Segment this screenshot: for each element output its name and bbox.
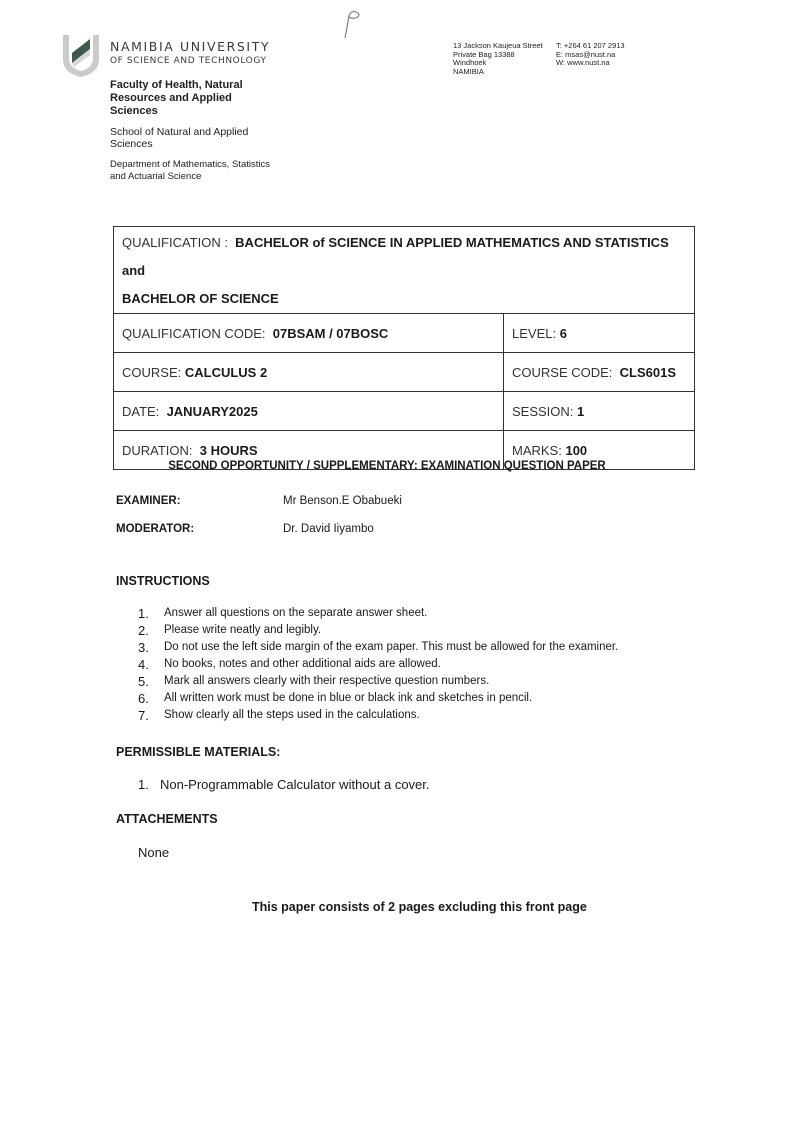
course-label: COURSE: <box>122 365 181 380</box>
session-cell: SESSION: 1 <box>504 392 695 431</box>
qualification-cell: QUALIFICATION : BACHELOR of SCIENCE IN A… <box>114 227 695 314</box>
item-text: Please write neatly and legibly. <box>164 622 321 639</box>
examiner-label: EXAMINER: <box>116 495 181 507</box>
item-number: 5. <box>138 673 164 690</box>
marks-value: 100 <box>565 443 587 458</box>
instruction-item: 3.Do not use the left side margin of the… <box>138 639 618 656</box>
moderator-value: Dr. David Iiyambo <box>283 523 374 535</box>
duration-label: DURATION: <box>122 443 193 458</box>
instruction-item: 6.All written work must be done in blue … <box>138 690 618 707</box>
handwritten-mark-icon <box>340 8 364 40</box>
instruction-item: 1.Answer all questions on the separate a… <box>138 605 618 622</box>
item-text: Answer all questions on the separate ans… <box>164 605 427 622</box>
duration-value: 3 HOURS <box>200 443 258 458</box>
level-value: 6 <box>560 326 567 341</box>
qualification-row: QUALIFICATION : BACHELOR of SCIENCE IN A… <box>114 227 695 314</box>
postal-address: 13 Jackson Kaujeua Street Private Bag 13… <box>453 42 543 76</box>
qualification-label: QUALIFICATION : <box>122 235 228 250</box>
item-number: 6. <box>138 690 164 707</box>
department-name: Department of Mathematics, Statistics an… <box>110 159 280 182</box>
level-cell: LEVEL: 6 <box>504 314 695 353</box>
item-number: 4. <box>138 656 164 673</box>
course-row: COURSE: CALCULUS 2 COURSE CODE: CLS601S <box>114 353 695 392</box>
school-name: School of Natural and Applied Sciences <box>110 126 270 150</box>
qualification-value-line2: BACHELOR OF SCIENCE <box>122 291 279 306</box>
instruction-item: 5.Mark all answers clearly with their re… <box>138 673 618 690</box>
address-line: NAMIBIA <box>453 68 543 77</box>
instructions-list: 1.Answer all questions on the separate a… <box>138 605 618 724</box>
item-number: 1. <box>138 605 164 622</box>
qualification-code-value: 07BSAM / 07BOSC <box>273 326 389 341</box>
course-value: CALCULUS 2 <box>185 365 267 380</box>
course-code-label: COURSE CODE: <box>512 365 612 380</box>
item-text: No books, notes and other additional aid… <box>164 656 441 673</box>
item-number: 7. <box>138 707 164 724</box>
item-text: All written work must be done in blue or… <box>164 690 532 707</box>
permissible-item: 1. Non-Programmable Calculator without a… <box>138 777 430 792</box>
attachments-value: None <box>138 845 169 860</box>
session-label: SESSION: <box>512 404 573 419</box>
university-name: NAMIBIA UNIVERSITY <box>110 39 270 54</box>
date-label: DATE: <box>122 404 159 419</box>
instructions-heading: INSTRUCTIONS <box>116 574 210 588</box>
item-text: Do not use the left side margin of the e… <box>164 639 618 656</box>
faculty-name: Faculty of Health, Natural Resources and… <box>110 79 260 118</box>
nust-shield-logo-icon <box>60 33 102 79</box>
qualification-value-and: and <box>122 263 145 278</box>
moderator-label: MODERATOR: <box>116 523 194 535</box>
date-value: JANUARY2025 <box>167 404 258 419</box>
qualification-code-cell: QUALIFICATION CODE: 07BSAM / 07BOSC <box>114 314 504 353</box>
instruction-item: 4.No books, notes and other additional a… <box>138 656 618 673</box>
item-text: Mark all answers clearly with their resp… <box>164 673 489 690</box>
item-number: 3. <box>138 639 164 656</box>
item-number: 1. <box>138 777 160 792</box>
examiner-value: Mr Benson.E Obabueki <box>283 495 402 507</box>
marks-label: MARKS: <box>512 443 562 458</box>
course-code-cell: COURSE CODE: CLS601S <box>504 353 695 392</box>
qualification-value-line1: BACHELOR of SCIENCE IN APPLIED MATHEMATI… <box>235 235 669 250</box>
item-number: 2. <box>138 622 164 639</box>
date-cell: DATE: JANUARY2025 <box>114 392 504 431</box>
page-count-note: This paper consists of 2 pages excluding… <box>252 900 587 914</box>
paper-title-text: SECOND OPPORTUNITY / SUPPLEMENTARY: EXAM… <box>168 460 605 472</box>
course-cell: COURSE: CALCULUS 2 <box>114 353 504 392</box>
session-value: 1 <box>577 404 584 419</box>
contact-details: T: +264 61 207 2913 E: msas@nust.na W: w… <box>556 42 625 68</box>
qualification-code-label: QUALIFICATION CODE: <box>122 326 266 341</box>
item-text: Non-Programmable Calculator without a co… <box>160 777 430 792</box>
item-text: Show clearly all the steps used in the c… <box>164 707 420 724</box>
qualification-code-row: QUALIFICATION CODE: 07BSAM / 07BOSC LEVE… <box>114 314 695 353</box>
course-code-value: CLS601S <box>620 365 676 380</box>
exam-info-table: QUALIFICATION : BACHELOR of SCIENCE IN A… <box>113 226 695 470</box>
contact-web: W: www.nust.na <box>556 59 625 68</box>
university-subtitle: OF SCIENCE AND TECHNOLOGY <box>110 56 267 66</box>
attachments-heading: ATTACHEMENTS <box>116 812 218 826</box>
permissible-materials-heading: PERMISSIBLE MATERIALS: <box>116 745 280 759</box>
instruction-item: 7.Show clearly all the steps used in the… <box>138 707 618 724</box>
paper-title: SECOND OPPORTUNITY / SUPPLEMENTARY: EXAM… <box>0 460 794 472</box>
level-label: LEVEL: <box>512 326 556 341</box>
instruction-item: 2.Please write neatly and legibly. <box>138 622 618 639</box>
date-row: DATE: JANUARY2025 SESSION: 1 <box>114 392 695 431</box>
